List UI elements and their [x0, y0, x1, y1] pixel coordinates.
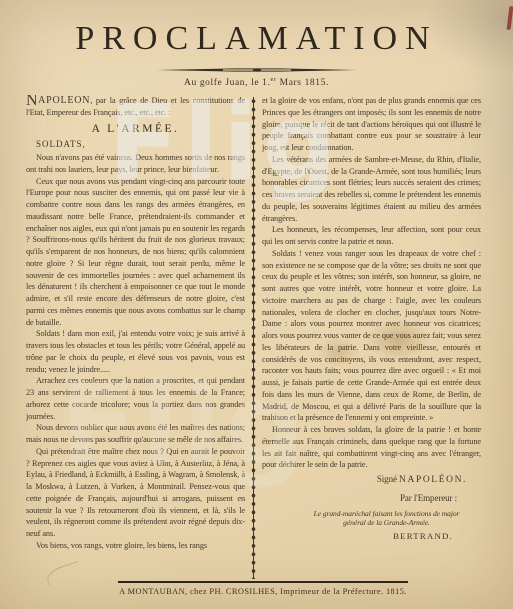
document-title: PROCLAMATION — [18, 20, 495, 58]
paragraph: Ceux que nous avons vus pendant vingt-ci… — [26, 176, 245, 329]
dateline-post: Mars 1815. — [277, 78, 329, 88]
red-ink-mark — [507, 6, 513, 30]
paragraph: Qui prétendrait être maître chez nous ? … — [26, 446, 245, 540]
napoleon-name: APOLEON — [38, 95, 90, 106]
marshal-attribution: Le grand-maréchal faisant les fonctions … — [262, 509, 481, 528]
paragraph: Nous n'avons pas été vaincus. Deux homme… — [26, 152, 245, 176]
salutation: SOLDATS, — [26, 139, 245, 151]
paragraph: Les honneurs, les récompenses, leur affe… — [262, 224, 481, 248]
ornamental-column-divider — [247, 97, 260, 579]
paragraph: Soldats ! dans mon exil, j'ai entendu vo… — [26, 328, 245, 375]
by-emperor-line: Par l'Empereur : — [262, 493, 481, 505]
left-column: NAPOLEON, par la grâce de Dieu et les co… — [26, 95, 245, 577]
swelled-rule-ornament — [157, 66, 357, 74]
paragraph: Les vétérans des armées de Sambre-et-Meu… — [262, 154, 481, 225]
signed-label: Signé — [377, 474, 397, 484]
imprint-footer: A MONTAUBAN, chez PH. CROSILHES, Imprime… — [0, 581, 513, 596]
signature-line: Signé NAPOLÉON. — [262, 474, 481, 487]
opening-paragraph: NAPOLEON, par la grâce de Dieu et les co… — [26, 95, 245, 119]
paragraph: Vos biens, vos rangs, votre gloire, les … — [26, 540, 245, 552]
marshal-line-1: Le grand-maréchal faisant les fonctions … — [314, 509, 460, 518]
signed-name: NAPOLÉON. — [399, 475, 467, 485]
right-column: et la gloire de vos enfans, n'ont pas de… — [262, 95, 481, 577]
paragraph: Honneur à ces braves soldats, la gloire … — [262, 424, 481, 471]
marshal-line-2: général de la Grande-Armée. — [343, 518, 430, 527]
dateline-pre: Au golfe Juan, le 1. — [184, 78, 270, 88]
army-heading: A L'ARMÉE. — [26, 124, 245, 136]
dateline: Au golfe Juan, le 1.er Mars 1815. — [0, 76, 513, 88]
imprint-text: A MONTAUBAN, chez PH. CROSILHES, Imprime… — [98, 587, 428, 596]
paragraph: Soldats ! venez vous ranger sous les dra… — [262, 248, 481, 424]
footer-rule — [118, 581, 408, 583]
paragraph: et la gloire de vos enfans, n'ont pas de… — [262, 95, 481, 154]
two-column-text: NAPOLEON, par la grâce de Dieu et les co… — [0, 88, 513, 579]
proclamation-document: Flig Flig PROCLAMATION Au golfe Juan, le… — [0, 0, 513, 609]
bertrand-signature: BERTRAND. — [262, 531, 481, 543]
paragraph: Arrachez ces couleurs que la nation a pr… — [26, 375, 245, 422]
paragraph: Nous devons oublier que nous avons été l… — [26, 422, 245, 446]
